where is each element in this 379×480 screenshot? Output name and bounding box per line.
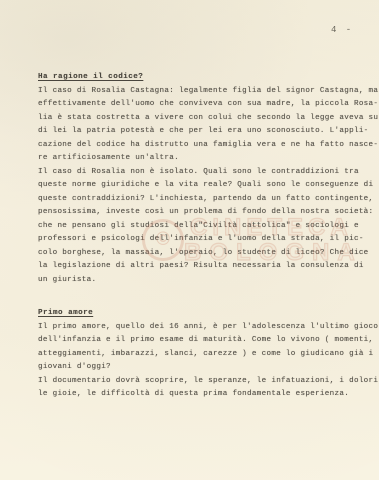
text-line: Il caso di Rosalia non è isolato. Quali …	[38, 166, 372, 180]
text-line: Il primo amore, quello dei 16 anni, è pe…	[38, 321, 372, 335]
text-line: dell'infanzia e il primo esame di maturi…	[38, 334, 372, 348]
text-line: Il caso di Rosalia Castagna: legalmente …	[38, 85, 372, 99]
text-line: le gioie, le difficoltà di questa prima …	[38, 388, 372, 402]
text-line: di lei la patria potestà e che per lei e…	[38, 125, 372, 139]
text-line: colo borghese, la massaia, l'operaio, lo…	[38, 247, 372, 261]
text-line: queste contraddizioni? L'inchiesta, part…	[38, 193, 372, 207]
text-line: atteggiamenti, imbarazzi, slanci, carezz…	[38, 348, 372, 362]
text-line: la legislazione di altri paesi? Risulta …	[38, 260, 372, 274]
scanned-typewritten-page: 4 - Ha ragione il codice? Il caso di Ros…	[0, 0, 379, 480]
text-line: effettivamente dell'uomo che conviveva c…	[38, 98, 372, 112]
text-line: un giurista.	[38, 274, 372, 288]
text-line: re artificiosamente un'altra.	[38, 152, 372, 166]
page-number: 4 -	[331, 25, 353, 35]
text-line: che ne pensano gli studiosi della"Civilt…	[38, 220, 372, 234]
text-line: professori e psicologi dell'infanzia e l…	[38, 233, 372, 247]
section-heading: Ha ragione il codice?	[38, 71, 372, 85]
text-line: giovani d'oggi?	[38, 361, 372, 375]
page-content: Ha ragione il codice? Il caso di Rosalia…	[38, 71, 372, 402]
text-line: queste norme giuridiche e la vita reale?…	[38, 179, 372, 193]
section-primo-amore: Primo amore Il primo amore, quello dei 1…	[38, 307, 372, 402]
text-line: pensosissima, investe così un problema d…	[38, 206, 372, 220]
section-heading: Primo amore	[38, 307, 372, 321]
text-line: cazione del codice ha distrutto una fami…	[38, 139, 372, 153]
section-ha-ragione-il-codice: Ha ragione il codice? Il caso di Rosalia…	[38, 71, 372, 287]
text-line: lia è stata costretta a vivere con colui…	[38, 112, 372, 126]
text-line: Il documentario dovrà scoprire, le spera…	[38, 375, 372, 389]
